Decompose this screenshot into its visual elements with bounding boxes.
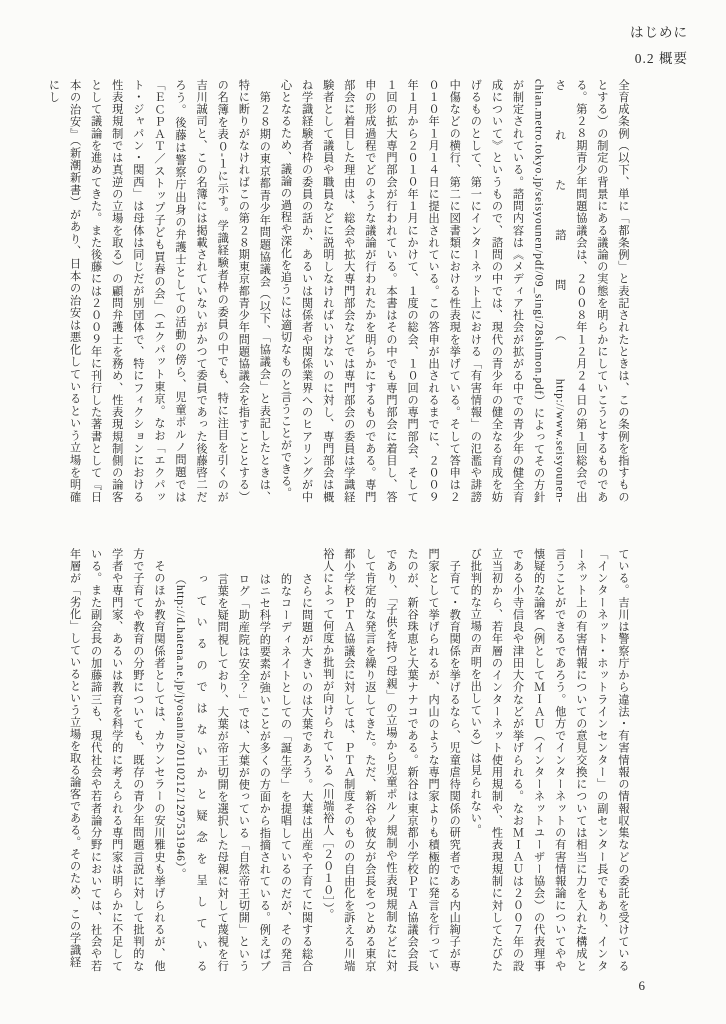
running-head-chapter: はじめに — [630, 20, 688, 46]
page-number: 6 — [639, 978, 646, 994]
body-paragraph: 全育成条例（以下、単に「都条例」と表記されたときは、この条例を指すものとする）の… — [274, 79, 633, 503]
body-paragraph: そのほか教育関係者としては、カウンセラーの安川雅史も挙げられるが、他方で子育てや… — [63, 548, 168, 972]
book-page: はじめに 0.2 概要 全育成条例（以下、単に「都条例」と表記されたときは、この… — [0, 0, 726, 1024]
running-head-section: 0.2 概要 — [630, 46, 688, 72]
body-paragraph-indented: さらに問題が大きいのは大葉であろう。大葉は出産や子育てに関する総合的なコーディネ… — [169, 548, 317, 972]
top-text-block: 全育成条例（以下、単に「都条例」と表記されたときは、この条例を指すものとする）の… — [61, 79, 633, 503]
body-paragraph: ている。吉川は警察庁から違法・有害情報の情報収集などの委託を受けている「インター… — [464, 548, 633, 972]
bottom-text-block: ている。吉川は警察庁から違法・有害情報の情報収集などの委託を受けている「インター… — [61, 548, 633, 972]
body-paragraph: 第２８期の東京都青少年問題協議会（以下、「協議会」と表記したときは、特に断りがな… — [42, 79, 274, 503]
running-head: はじめに 0.2 概要 — [630, 20, 688, 72]
body-paragraph: 子育て・教育関係を挙げるなら、児童虐待関係の研究者である内山絢子が専門家として挙… — [317, 548, 465, 972]
